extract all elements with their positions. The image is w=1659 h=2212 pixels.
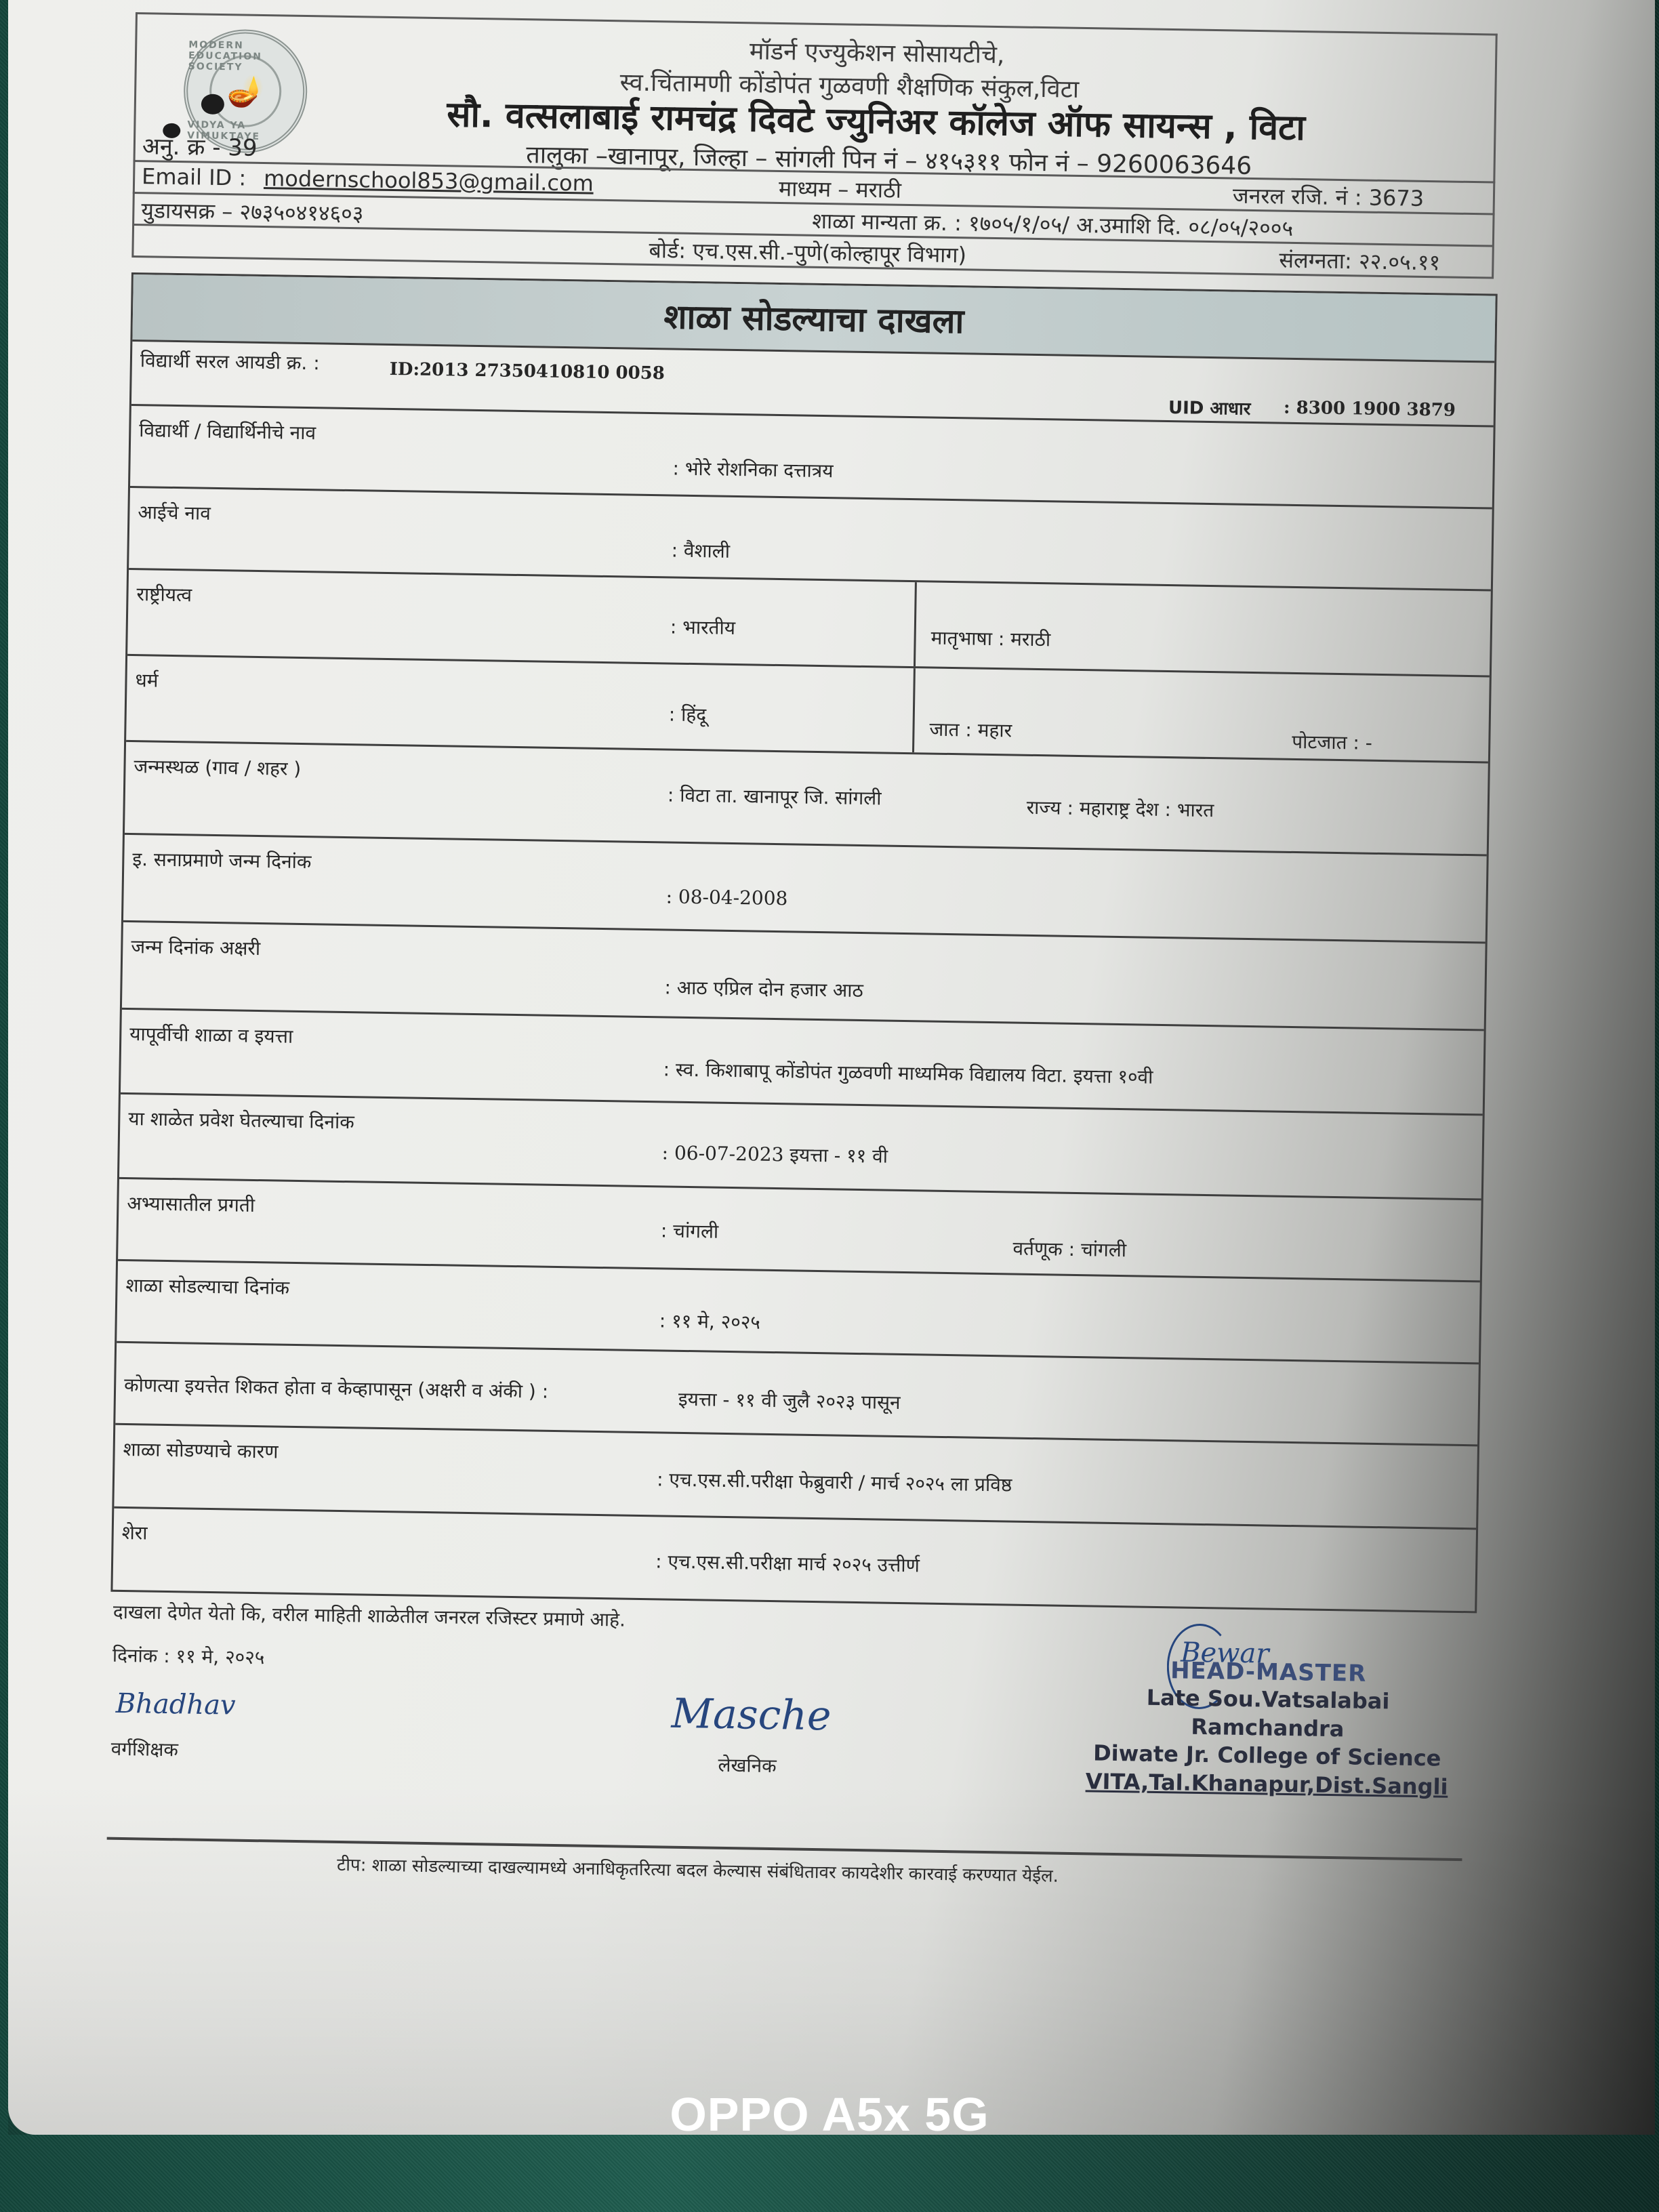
affiliation: संलग्नता: २२.०५.११ — [1279, 245, 1440, 277]
board: बोर्ड: एच.एस.सी.-पुणे(कोल्हापूर विभाग) — [649, 235, 966, 269]
value-admission-date: : 06-07-2023 इयत्ता - ११ वी — [661, 1139, 888, 1168]
clerk-label: लेखनिक — [718, 1752, 777, 1778]
general-register-number: जनरल रजि. नं : 3673 — [1233, 180, 1425, 212]
value-birthdate-words: : आठ एप्रिल दोन हजार आठ — [664, 974, 863, 1003]
value-progress: : चांगली — [661, 1217, 719, 1244]
value-leaving-reason: : एच.एस.सी.परीक्षा फेब्रुवारी / मार्च २०… — [657, 1466, 1012, 1497]
column-divider — [914, 582, 917, 666]
value-conduct: वर्तणूक : चांगली — [1012, 1235, 1126, 1263]
clerk-signature: Masche — [671, 1690, 832, 1740]
label-birthdate-words: जन्म दिनांक अक्षरी — [131, 933, 260, 961]
stamp-line: Late Sou.Vatsalabai Ramchandra — [1078, 1683, 1458, 1745]
udise-number: युडायसक्र – २७३५०४१४६०३ — [141, 195, 364, 228]
email-link[interactable]: modernschool853@gmail.com — [264, 165, 594, 197]
label-progress: अभ्यासातील प्रगती — [127, 1190, 255, 1218]
value-mother-tongue: मातृभाषा : मराठी — [930, 625, 1050, 653]
column-divider — [912, 668, 916, 752]
label-student-name: विद्यार्थी / विद्यार्थिनीचे नाव — [139, 417, 316, 445]
value-religion: : हिंदू — [669, 701, 707, 727]
uid-label: UID आधार — [1168, 394, 1251, 420]
value-sub-caste: पोटजात : - — [1292, 729, 1372, 756]
headmaster-stamp: HEAD-MASTER Late Sou.Vatsalabai Ramchand… — [1077, 1656, 1458, 1801]
serial-number: अनु. क्र - 39 — [142, 129, 258, 163]
value-student-name: : भोरे रोशनिका दत्तात्रय — [672, 455, 834, 484]
label-leaving-date: शाळा सोडल्याचा दिनांक — [125, 1272, 289, 1300]
value-birthplace: : विटा ता. खानापूर जि. सांगली — [668, 781, 882, 811]
value-nationality: : भारतीय — [670, 614, 736, 641]
label-mother-name: आईचे नाव — [138, 499, 211, 526]
label-birthdate: इ. सनाप्रमाणे जन्म दिनांक — [132, 846, 312, 874]
label-nationality: राष्ट्रीयत्व — [136, 581, 192, 607]
class-teacher-signature: Bhadhav — [115, 1688, 236, 1721]
stamp-line: VITA,Tal.Khanapur,Dist.Sangli — [1077, 1767, 1457, 1801]
value-leaving-date: : ११ मे, २०२५ — [659, 1307, 760, 1334]
value-mother-name: : वैशाली — [671, 537, 730, 564]
label-birthplace: जन्मस्थळ (गाव / शहर ) — [134, 753, 301, 781]
label-remarks: शेरा — [121, 1519, 147, 1546]
value-caste: जात : महार — [929, 716, 1012, 743]
saral-id-label: विद्यार्थी सरल आयडी क्र. : — [140, 347, 320, 375]
saral-id-value: ID:2013 27350410810 0058 — [390, 359, 665, 384]
certificate-table: शाळा सोडल्याचा दाखला विद्यार्थी सरल आयडी… — [110, 272, 1497, 1613]
value-state-country: राज्य : महाराष्ट्र देश : भारत — [1026, 794, 1214, 823]
label-previous-school: यापूर्वीची शाळा व इयत्ता — [129, 1021, 293, 1049]
class-teacher-label: वर्गशिक्षक — [110, 1736, 178, 1763]
letterhead: MODERN EDUCATION SOCIETY 🪔 VIDYA YA VIMU… — [134, 12, 1498, 182]
medium: माध्यम – मराठी — [779, 173, 902, 205]
label-class-since: कोणत्या इयत्तेत शिकत होता व केव्हापासून … — [124, 1372, 549, 1404]
camera-watermark: OPPO A5x 5G — [0, 2087, 1659, 2142]
label-admission-date: या शाळेत प्रवेश घेतल्याचा दिनांक — [128, 1105, 354, 1134]
value-remarks: : एच.एस.सी.परीक्षा मार्च २०२५ उत्तीर्ण — [655, 1548, 920, 1578]
value-previous-school: : स्व. किशाबापू कोंडोपंत गुळवणी माध्यमिक… — [663, 1056, 1153, 1089]
value-class-since: इयत्ता - ११ वी जुलै २०२३ पासून — [678, 1386, 901, 1415]
label-leaving-reason: शाळा सोडण्याचे कारण — [123, 1436, 278, 1465]
signature-section: Bhadhav वर्गशिक्षक Masche लेखनिक Bewar H… — [107, 1668, 1472, 1852]
value-birthdate: : 08-04-2008 — [665, 885, 787, 909]
label-religion: धर्म — [135, 667, 159, 693]
email-label: Email ID : — [142, 163, 247, 190]
leaving-certificate: MODERN EDUCATION SOCIETY 🪔 VIDYA YA VIMU… — [106, 12, 1498, 1893]
uid-value: : 8300 1900 3879 — [1284, 398, 1456, 421]
